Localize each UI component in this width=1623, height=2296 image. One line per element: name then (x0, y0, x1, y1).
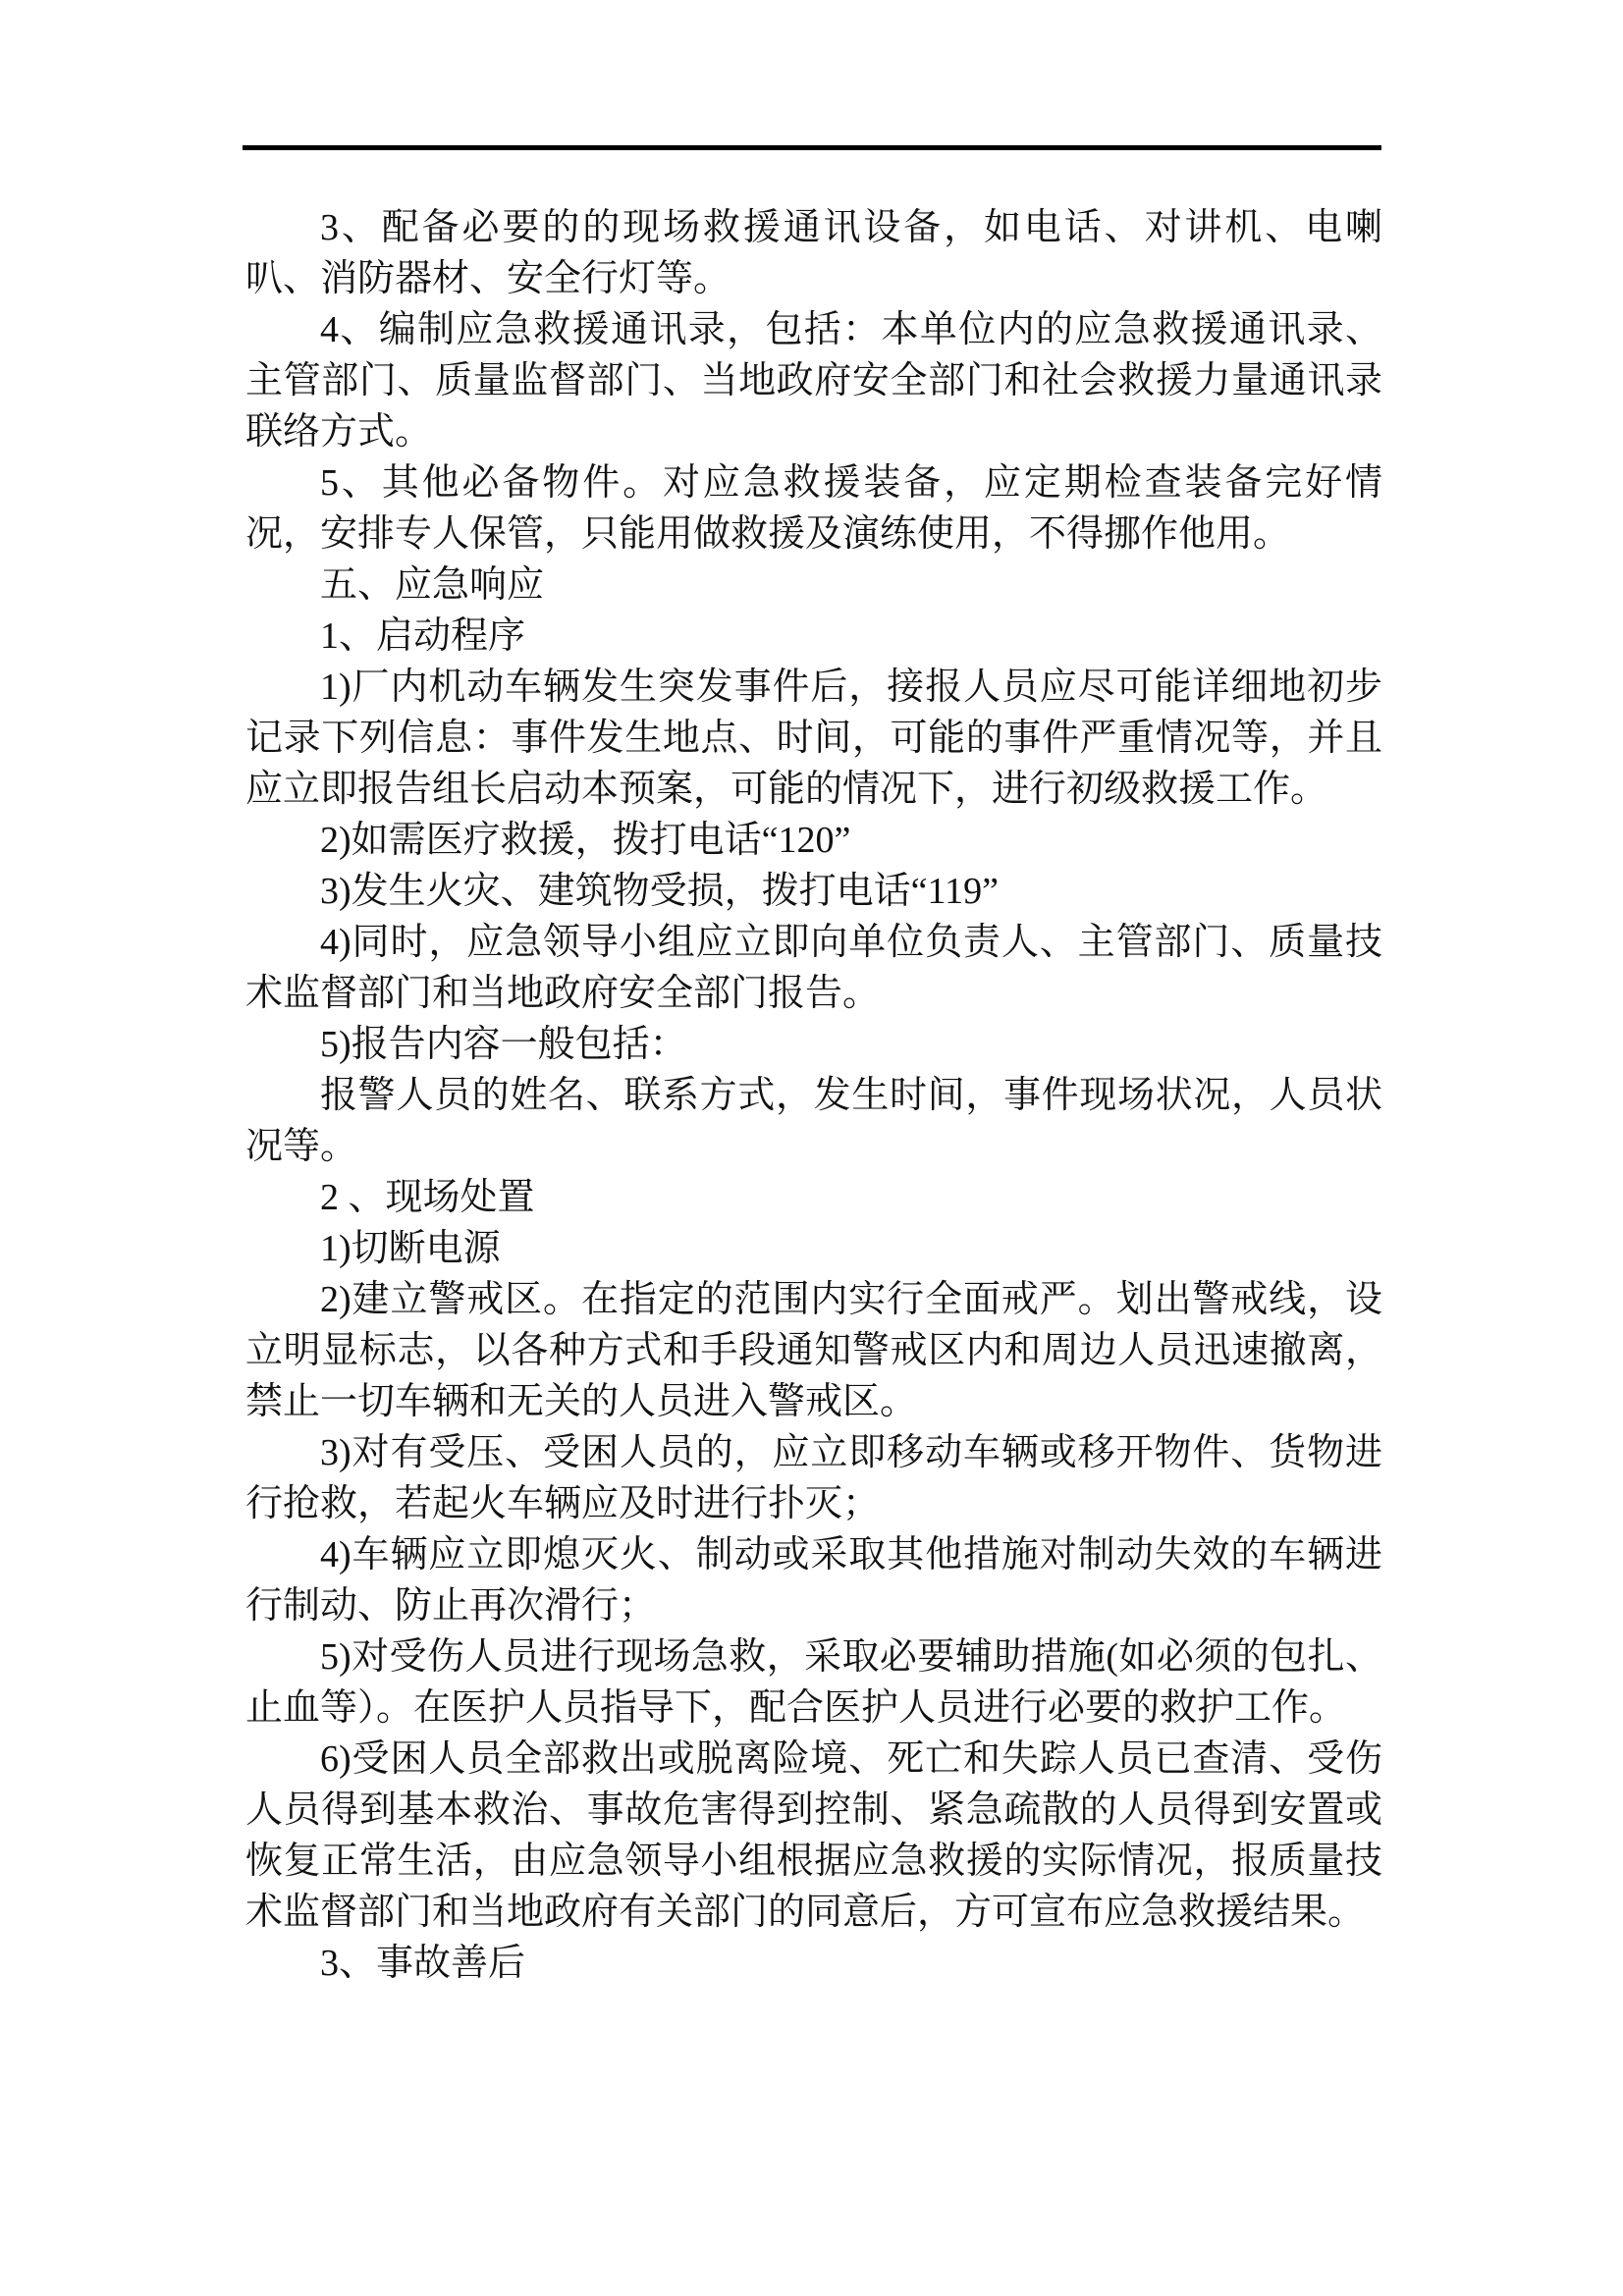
paragraph-startup-step-1: 1)厂内机动车辆发生突发事件后，接报人员应尽可能详细地初步记录下列信息：事件发生… (245, 662, 1382, 815)
paragraph-disposal-step-1: 1)切断电源 (245, 1223, 1382, 1274)
paragraph-disposal-step-2: 2)建立警戒区。在指定的范围内实行全面戒严。划出警戒线，设立明显标志，以各种方式… (245, 1274, 1382, 1427)
document-content: 3、配备必要的的现场救援通讯设备，如电话、对讲机、电喇叭、消防器材、安全行灯等。… (245, 202, 1382, 1989)
header-rule (243, 145, 1381, 150)
paragraph-startup-step-2: 2)如需医疗救援，拨打电话“120” (245, 815, 1382, 866)
paragraph-equipment-item-5: 5、其他必备物件。对应急救援装备，应定期检查装备完好情况，安排专人保管，只能用做… (245, 457, 1382, 560)
paragraph-disposal-step-3: 3)对有受压、受困人员的，应立即移动车辆或移开物件、货物进行抢救，若起火车辆应及… (245, 1427, 1382, 1529)
section-heading-emergency-response: 五、应急响应 (245, 560, 1382, 611)
subsection-heading-onsite-disposal: 2 、现场处置 (245, 1172, 1382, 1223)
paragraph-startup-step-5: 5)报告内容一般包括： (245, 1019, 1382, 1070)
paragraph-equipment-item-3: 3、配备必要的的现场救援通讯设备，如电话、对讲机、电喇叭、消防器材、安全行灯等。 (245, 202, 1382, 304)
paragraph-equipment-item-4: 4、编制应急救援通讯录，包括：本单位内的应急救援通讯录、主管部门、质量监督部门、… (245, 304, 1382, 457)
paragraph-report-content: 报警人员的姓名、联系方式，发生时间，事件现场状况，人员状况等。 (245, 1070, 1382, 1172)
subsection-heading-startup-procedure: 1、启动程序 (245, 611, 1382, 662)
paragraph-disposal-step-4: 4)车辆应立即熄灭火、制动或采取其他措施对制动失效的车辆进行制动、防止再次滑行； (245, 1529, 1382, 1631)
paragraph-disposal-step-6: 6)受困人员全部救出或脱离险境、死亡和失踪人员已查清、受伤人员得到基本救治、事故… (245, 1734, 1382, 1938)
paragraph-startup-step-4: 4)同时，应急领导小组应立即向单位负责人、主管部门、质量技术监督部门和当地政府安… (245, 917, 1382, 1019)
paragraph-startup-step-3: 3)发生火灾、建筑物受损，拨打电话“119” (245, 866, 1382, 917)
document-page: 3、配备必要的的现场救援通讯设备，如电话、对讲机、电喇叭、消防器材、安全行灯等。… (0, 0, 1623, 2296)
subsection-heading-accident-aftermath: 3、事故善后 (245, 1938, 1382, 1989)
paragraph-disposal-step-5: 5)对受伤人员进行现场急救，采取必要辅助措施(如必须的包扎、止血等）。在医护人员… (245, 1631, 1382, 1734)
